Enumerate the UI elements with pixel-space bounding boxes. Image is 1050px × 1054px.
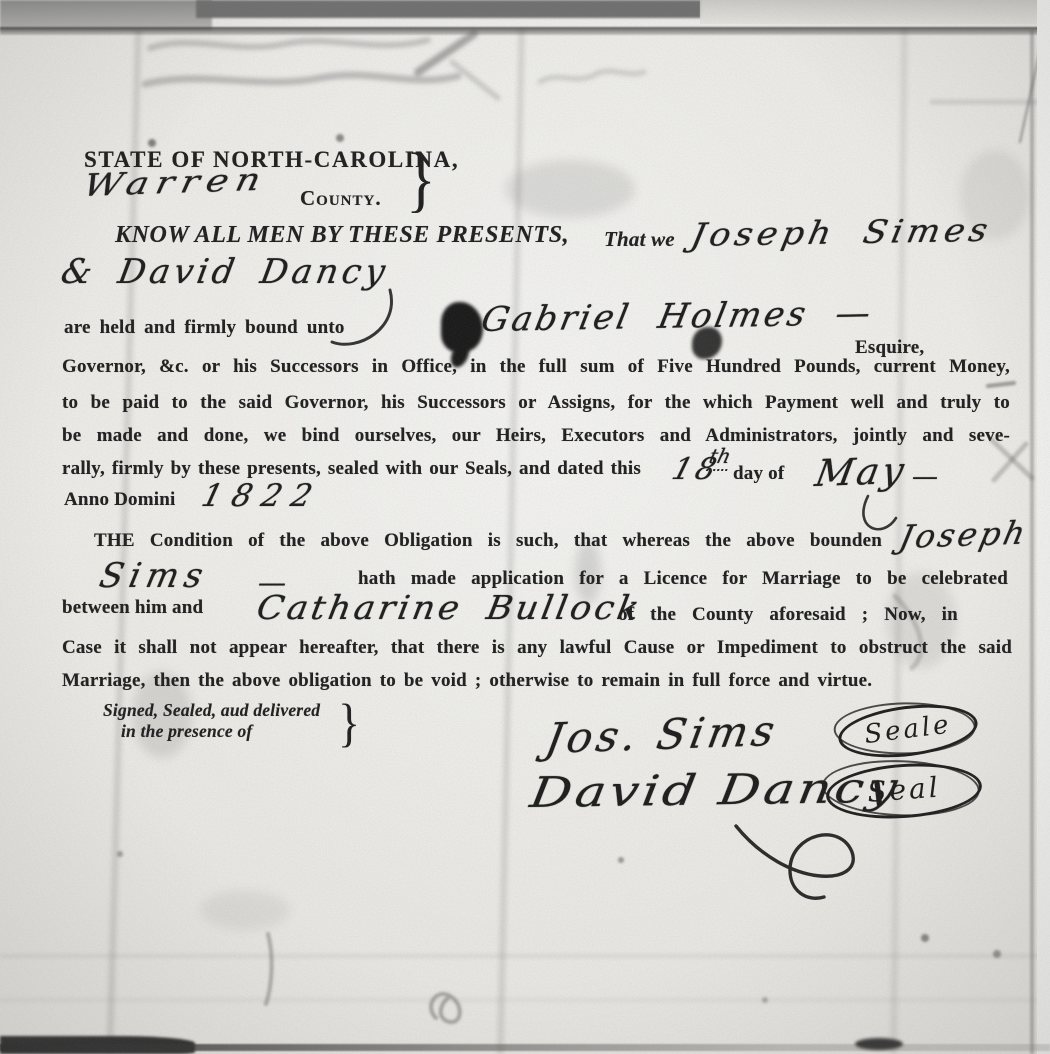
scan-edge-top-block	[196, 0, 701, 18]
bound-unto-line: are held and firmly bound unto	[64, 317, 345, 339]
header-brace: }	[406, 138, 436, 222]
paper-band-2	[0, 996, 1050, 1004]
scan-edge-right-line	[1030, 30, 1034, 1054]
county-name-handwritten: Warren	[80, 162, 271, 204]
condition-line-3: of the County aforesaid ; Now, in	[618, 604, 958, 626]
may-tail	[863, 496, 896, 529]
witness-clause-line-2: in the presence of	[121, 721, 252, 742]
body-line-governor: Governor, &c. or his Successors in Offic…	[62, 356, 1010, 378]
day-suffix-handwritten: th	[706, 444, 734, 471]
body-line-paid: to be paid to the said Governor, his Suc…	[62, 392, 1010, 414]
bride-name-handwritten: Catharine Bullock	[254, 588, 645, 627]
pencil-smudge-county	[505, 160, 635, 218]
seal-1: Seale	[835, 698, 980, 765]
signature-1: Jos. Sims	[542, 706, 782, 763]
condition-line-1: THE Condition of the above Obligation is…	[94, 530, 882, 552]
seal-2: Seal	[824, 759, 983, 824]
county-label: County.	[300, 186, 382, 211]
principal-name-handwritten: Joseph Simes	[688, 211, 995, 254]
month-handwritten: May	[812, 449, 910, 495]
condition-line-4: Case it shall not appear hereafter, that…	[62, 637, 1012, 659]
day-of-label: day of	[733, 463, 784, 485]
that-we-label: That we	[604, 227, 675, 252]
marriage-bond-document: STATE OF NORTH-CAROLINA, } Warren County…	[0, 0, 1050, 1054]
scan-edge-top-left	[0, 0, 212, 30]
bleedthrough-marks	[145, 34, 644, 98]
governor-name-handwritten: Gabriel Holmes —	[478, 293, 877, 340]
year-handwritten: 1822	[198, 478, 326, 514]
between-him-and-label: between him and	[62, 597, 203, 619]
body-line-sealed: rally, firmly by these presents, sealed …	[62, 458, 641, 480]
condition-line-2: hath made application for a Licence for …	[358, 568, 1008, 590]
scan-edge-top-right	[700, 0, 1050, 24]
dancy-signature-flourish	[736, 826, 853, 898]
witness-clause-line-1: Signed, Sealed, aud delivered	[103, 700, 320, 721]
scan-edge-bottom-blob	[855, 1038, 903, 1050]
opening-phrase: KNOW ALL MEN BY THESE PRESENTS,	[115, 222, 569, 249]
scan-edge-right-margin	[1037, 0, 1050, 1054]
smudge-bottom-left	[200, 890, 290, 930]
body-line-bind: be made and done, we bind ourselves, our…	[62, 425, 1010, 447]
groom-last-name-handwritten: Sims	[96, 556, 212, 596]
month-dash-handwritten: —	[912, 462, 938, 492]
anno-domini-label: Anno Domini	[64, 489, 175, 511]
scan-edge-top-line	[0, 27, 1050, 35]
groom-first-name-handwritten: Joseph	[896, 514, 1032, 556]
witness-brace: }	[338, 692, 360, 753]
cosigner-name-handwritten: & David Dancy	[58, 252, 392, 292]
condition-line-5: Marriage, then the above obligation to b…	[62, 670, 872, 692]
paper-band-1	[0, 952, 1050, 960]
